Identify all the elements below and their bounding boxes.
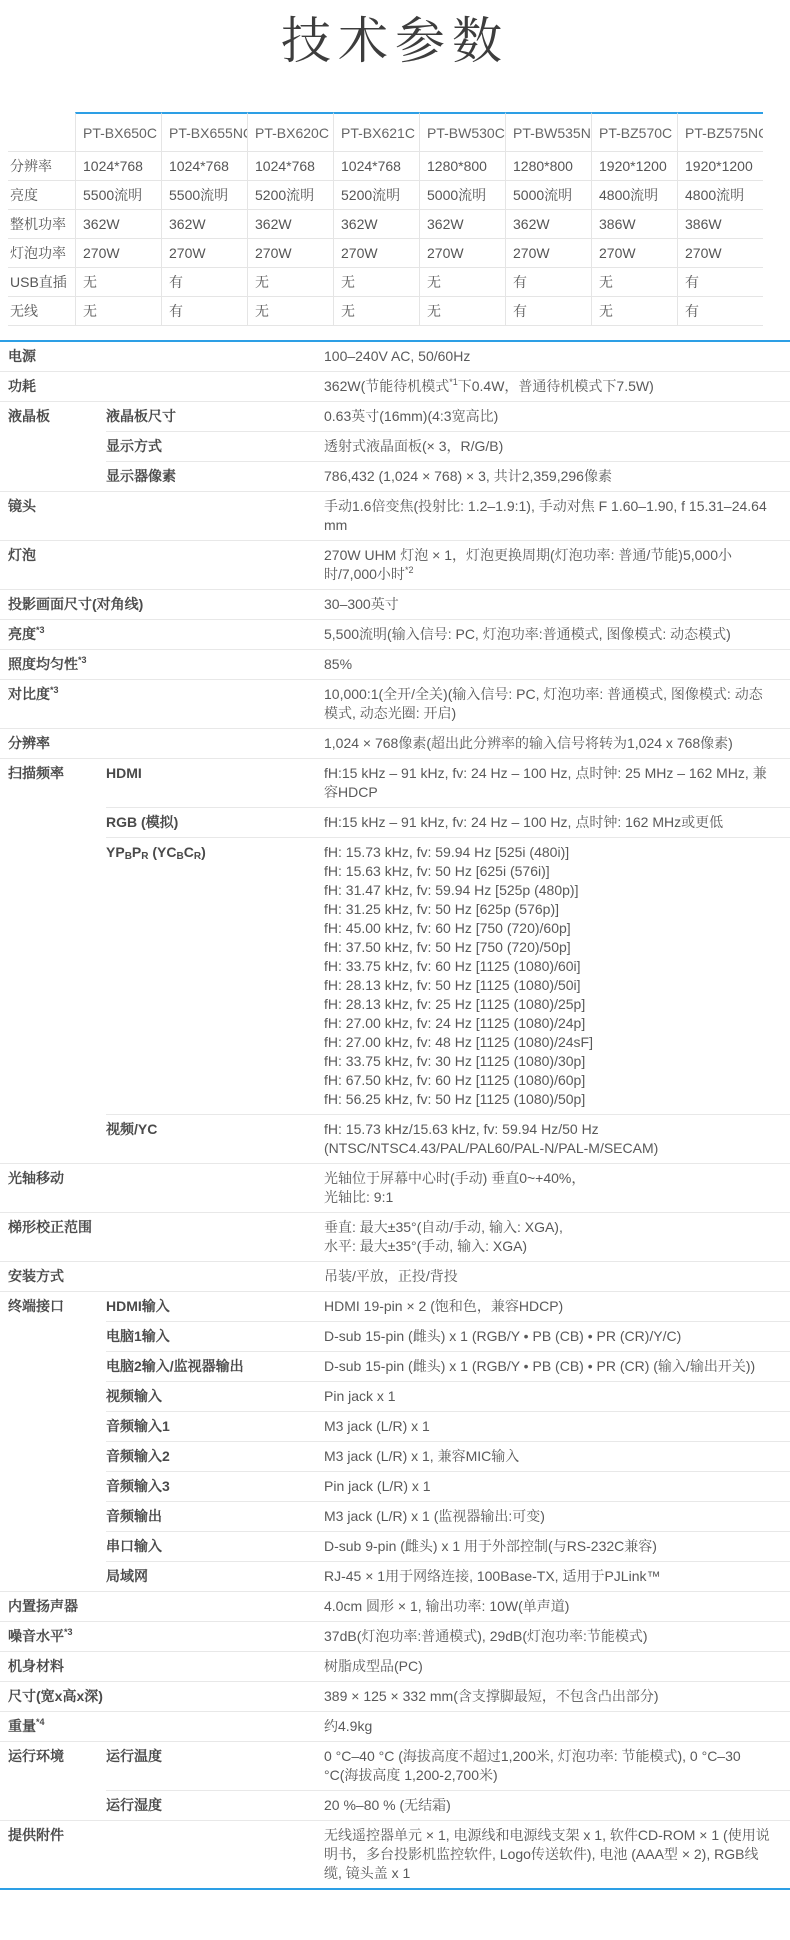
spec-group-rows: HDMI输入HDMI 19-pin × 2 (饱和色，兼容HDCP)电脑1输入D… (106, 1292, 790, 1591)
spec-value-line: 水平: 最大±35°(手动, 输入: XGA) (324, 1237, 772, 1256)
spec-value-text: M3 jack (L/R) x 1 (324, 1418, 430, 1434)
spec-sub-label-part: C (184, 844, 194, 860)
spec-value-line: fH: 27.00 kHz, fv: 48 Hz [1125 (1080)/24… (324, 1033, 772, 1052)
spec-group-label: 分辨率 (0, 729, 106, 758)
spec-value-text: 无线遥控器单元 × 1, 电源线和电源线支架 x 1, 软件CD-ROM × 1… (324, 1827, 770, 1881)
spec-value: 786,432 (1,024 × 768) × 3, 共计2,359,296像素 (324, 462, 790, 491)
spec-value-text: 10,000:1(全开/全关)(输入信号: PC, 灯泡功率: 普通模式, 图像… (324, 686, 763, 721)
spec-value-text: HDMI 19-pin × 2 (饱和色，兼容HDCP) (324, 1298, 563, 1314)
spec-group-label-text: 内置扬声器 (8, 1598, 78, 1614)
spec-value-line: fH: 28.13 kHz, fv: 25 Hz [1125 (1080)/25… (324, 995, 772, 1014)
spec-group-label: 终端接口 (0, 1292, 106, 1591)
spec-value-part: 362W(节能待机模式 (324, 378, 449, 394)
detail-spec-table: 电源100–240V AC, 50/60Hz功耗362W(节能待机模式*1下0.… (0, 340, 790, 1890)
spec-value: 20 %–80 % (无结霜) (324, 1791, 790, 1820)
comparison-cell: 有 (677, 297, 763, 325)
spec-sub-label-text: 运行湿度 (106, 1797, 162, 1813)
comparison-cell: 270W (677, 239, 763, 267)
spec-group-label: 电源 (0, 342, 106, 371)
spec-group-row: 内置扬声器4.0cm 圆形 × 1, 输出功率: 10W(单声道) (0, 1591, 790, 1621)
spec-sub-label (106, 1682, 324, 1692)
spec-group-label-text: 提供附件 (8, 1827, 64, 1843)
spec-sub-label: 串口输入 (106, 1532, 324, 1561)
spec-group-row: 照度均匀性*385% (0, 649, 790, 679)
spec-value: D-sub 15-pin (雌头) x 1 (RGB/Y • PB (CB) •… (324, 1352, 790, 1381)
spec-group-row: 扫描频率HDMIfH:15 kHz – 91 kHz, fv: 24 Hz – … (0, 758, 790, 1163)
spec-group-label-text: 安装方式 (8, 1268, 64, 1284)
spec-group-row: 尺寸(宽x高x深)389 × 125 × 332 mm(含支撑脚最短，不包含凸出… (0, 1681, 790, 1711)
spec-row: 音频输入2M3 jack (L/R) x 1, 兼容MIC输入 (106, 1441, 790, 1471)
spec-row: 无线遥控器单元 × 1, 电源线和电源线支架 x 1, 软件CD-ROM × 1… (106, 1821, 790, 1888)
spec-sub-label-part: (YC (149, 844, 177, 860)
spec-sub-label-text: 运行温度 (106, 1748, 162, 1764)
model-comparison-table: PT-BX650CPT-BX655NCPT-BX620CPT-BX621CPT-… (8, 112, 763, 326)
spec-value: 37dB(灯泡功率:普通模式), 29dB(灯泡功率:节能模式) (324, 1622, 790, 1651)
comparison-cell: 4800流明 (591, 181, 677, 209)
spec-sub-label-part: R (141, 851, 148, 862)
spec-group-row: 终端接口HDMI输入HDMI 19-pin × 2 (饱和色，兼容HDCP)电脑… (0, 1291, 790, 1591)
spec-value-line: fH: 27.00 kHz, fv: 24 Hz [1125 (1080)/24… (324, 1014, 772, 1033)
spec-group-label-text: 噪音水平 (8, 1628, 64, 1644)
spec-row: 5,500流明(输入信号: PC, 灯泡功率:普通模式, 图像模式: 动态模式) (106, 620, 790, 649)
spec-group-label: 投影画面尺寸(对角线) (0, 590, 106, 619)
spec-row: 光轴位于屏幕中心时(手动) 垂直0~+40%，光轴比: 9:1 (106, 1164, 790, 1212)
spec-sub-label-text: 显示器像素 (106, 468, 176, 484)
spec-value-text: M3 jack (L/R) x 1, 兼容MIC输入 (324, 1448, 519, 1464)
spec-row: HDMI输入HDMI 19-pin × 2 (饱和色，兼容HDCP) (106, 1292, 790, 1321)
spec-sub-label (106, 1262, 324, 1272)
spec-sub-label (106, 1712, 324, 1722)
spec-row: 吊装/平放，正投/背投 (106, 1262, 790, 1291)
spec-value-line: fH: 31.47 kHz, fv: 59.94 Hz [525p (480p)… (324, 881, 772, 900)
spec-value-text: Pin jack (L/R) x 1 (324, 1478, 431, 1494)
spec-group-label-footnote: *3 (50, 685, 59, 695)
comparison-cell: 1024*768 (75, 152, 161, 180)
comparison-cell: 270W (75, 239, 161, 267)
comparison-row-label: 整机功率 (8, 210, 75, 238)
spec-sub-label: 视频/YC (106, 1115, 324, 1144)
spec-group-label-text: 分辨率 (8, 735, 50, 751)
spec-row: 显示方式透射式液晶面板(× 3，R/G/B) (106, 431, 790, 461)
spec-sub-label (106, 492, 324, 502)
spec-value: 5,500流明(输入信号: PC, 灯泡功率:普通模式, 图像模式: 动态模式) (324, 620, 790, 649)
spec-value: 垂直: 最大±35°(自动/手动, 输入: XGA),水平: 最大±35°(手动… (324, 1213, 790, 1261)
spec-group-rows: 树脂成型品(PC) (106, 1652, 790, 1681)
spec-value: 无线遥控器单元 × 1, 电源线和电源线支架 x 1, 软件CD-ROM × 1… (324, 1821, 790, 1888)
comparison-cell: 270W (161, 239, 247, 267)
spec-sub-label-text: 音频输入1 (106, 1418, 170, 1434)
spec-sub-label-text: 串口输入 (106, 1538, 162, 1554)
comparison-cell: 270W (333, 239, 419, 267)
spec-value-text: fH:15 kHz – 91 kHz, fv: 24 Hz – 100 Hz, … (324, 814, 723, 830)
spec-value-text: 手动1.6倍变焦(投射比: 1.2–1.9:1), 手动对焦 F 1.60–1.… (324, 498, 767, 533)
comparison-header-row: PT-BX650CPT-BX655NCPT-BX620CPT-BX621CPT-… (8, 112, 763, 151)
comparison-cell: 386W (677, 210, 763, 238)
comparison-cell: 无 (591, 297, 677, 325)
spec-value-text: D-sub 9-pin (雌头) x 1 用于外部控制(与RS-232C兼容) (324, 1538, 657, 1554)
spec-group-row: 噪音水平*337dB(灯泡功率:普通模式), 29dB(灯泡功率:节能模式) (0, 1621, 790, 1651)
spec-row: 4.0cm 圆形 × 1, 输出功率: 10W(单声道) (106, 1592, 790, 1621)
spec-sub-label-text: 视频输入 (106, 1388, 162, 1404)
spec-value-line: 垂直: 最大±35°(自动/手动, 输入: XGA), (324, 1218, 772, 1237)
comparison-cell: 无 (419, 268, 505, 296)
spec-group-rows: 270W UHM 灯泡 × 1，灯泡更换周期(灯泡功率: 普通/节能)5,000… (106, 541, 790, 589)
spec-value: 4.0cm 圆形 × 1, 输出功率: 10W(单声道) (324, 1592, 790, 1621)
spec-sub-label-text: 液晶板尺寸 (106, 408, 176, 424)
comparison-cell: 362W (333, 210, 419, 238)
spec-row: 垂直: 最大±35°(自动/手动, 输入: XGA),水平: 最大±35°(手动… (106, 1213, 790, 1261)
spec-sub-label: 音频输出 (106, 1502, 324, 1531)
spec-value: fH: 15.73 kHz/15.63 kHz, fv: 59.94 Hz/50… (324, 1115, 790, 1163)
comparison-cell: 有 (505, 268, 591, 296)
spec-group-label: 噪音水平*3 (0, 1622, 106, 1651)
spec-value: 85% (324, 650, 790, 679)
spec-group-row: 运行环境运行温度0 °C–40 °C (海拔高度不超过1,200米, 灯泡功率:… (0, 1741, 790, 1820)
spec-group-label: 重量*4 (0, 1712, 106, 1741)
comparison-cell: 5500流明 (75, 181, 161, 209)
spec-group-label-text: 重量 (8, 1718, 36, 1734)
spec-value-text: 吊装/平放，正投/背投 (324, 1268, 458, 1284)
comparison-cell: 无 (591, 268, 677, 296)
comparison-cell: 无 (247, 297, 333, 325)
spec-sub-label-text: 电脑1输入 (106, 1328, 170, 1344)
spec-sub-label-text: HDMI (106, 765, 142, 781)
comparison-row: 亮度5500流明5500流明5200流明5200流明5000流明5000流明48… (8, 180, 763, 209)
spec-value: 手动1.6倍变焦(投射比: 1.2–1.9:1), 手动对焦 F 1.60–1.… (324, 492, 790, 540)
spec-sub-label-text: 显示方式 (106, 438, 162, 454)
spec-value: 10,000:1(全开/全关)(输入信号: PC, 灯泡功率: 普通模式, 图像… (324, 680, 790, 728)
spec-value-text: 20 %–80 % (无结霜) (324, 1797, 451, 1813)
spec-value: 362W(节能待机模式*1下0.4W，普通待机模式下7.5W) (324, 372, 790, 401)
spec-sub-label: 音频输入2 (106, 1442, 324, 1471)
spec-value: M3 jack (L/R) x 1 (324, 1412, 790, 1441)
spec-row: 1,024 × 768像素(超出此分辨率的输入信号将转为1,024 x 768像… (106, 729, 790, 758)
model-header: PT-BX620C (247, 112, 333, 151)
spec-group-label: 安装方式 (0, 1262, 106, 1291)
spec-row: 362W(节能待机模式*1下0.4W，普通待机模式下7.5W) (106, 372, 790, 401)
spec-sub-label: 液晶板尺寸 (106, 402, 324, 431)
spec-value: fH:15 kHz – 91 kHz, fv: 24 Hz – 100 Hz, … (324, 808, 790, 837)
spec-row: 显示器像素786,432 (1,024 × 768) × 3, 共计2,359,… (106, 461, 790, 491)
model-header: PT-BW535NC (505, 112, 591, 151)
spec-sub-label-part: R (194, 851, 201, 862)
spec-group-row: 分辨率1,024 × 768像素(超出此分辨率的输入信号将转为1,024 x 7… (0, 728, 790, 758)
spec-group-row: 光轴移动光轴位于屏幕中心时(手动) 垂直0~+40%，光轴比: 9:1 (0, 1163, 790, 1212)
spec-value: fH:15 kHz – 91 kHz, fv: 24 Hz – 100 Hz, … (324, 759, 790, 807)
spec-group-row: 灯泡270W UHM 灯泡 × 1，灯泡更换周期(灯泡功率: 普通/节能)5,0… (0, 540, 790, 589)
spec-value: 30–300英寸 (324, 590, 790, 619)
spec-group-label: 扫描频率 (0, 759, 106, 1163)
comparison-cell: 5200流明 (333, 181, 419, 209)
spec-group-label-text: 灯泡 (8, 547, 36, 563)
comparison-row-label: 灯泡功率 (8, 239, 75, 267)
spec-group-label-text: 扫描频率 (8, 765, 64, 781)
spec-group-row: 亮度*35,500流明(输入信号: PC, 灯泡功率:普通模式, 图像模式: 动… (0, 619, 790, 649)
spec-group-label-text: 功耗 (8, 378, 36, 394)
spec-sub-label-text: RGB (模拟) (106, 814, 178, 830)
spec-group-rows: 无线遥控器单元 × 1, 电源线和电源线支架 x 1, 软件CD-ROM × 1… (106, 1821, 790, 1888)
spec-value: 389 × 125 × 332 mm(含支撑脚最短，不包含凸出部分) (324, 1682, 790, 1711)
spec-row: YPBPR (YCBCR)fH: 15.73 kHz, fv: 59.94 Hz… (106, 837, 790, 1114)
spec-row: 运行温度0 °C–40 °C (海拔高度不超过1,200米, 灯泡功率: 节能模… (106, 1742, 790, 1790)
spec-value-text: 5,500流明(输入信号: PC, 灯泡功率:普通模式, 图像模式: 动态模式) (324, 626, 731, 642)
spec-value-text: 透射式液晶面板(× 3，R/G/B) (324, 438, 503, 454)
spec-sub-label: HDMI输入 (106, 1292, 324, 1321)
spec-group-label-text: 镜头 (8, 498, 36, 514)
spec-group-label-text: 照度均匀性 (8, 656, 78, 672)
spec-row: 音频输出M3 jack (L/R) x 1 (监视器输出:可变) (106, 1501, 790, 1531)
spec-row: 10,000:1(全开/全关)(输入信号: PC, 灯泡功率: 普通模式, 图像… (106, 680, 790, 728)
spec-value: fH: 15.73 kHz, fv: 59.94 Hz [525i (480i)… (324, 838, 790, 1114)
spec-row: 30–300英寸 (106, 590, 790, 619)
model-header: PT-BX650C (75, 112, 161, 151)
spec-row: RGB (模拟)fH:15 kHz – 91 kHz, fv: 24 Hz – … (106, 807, 790, 837)
comparison-row-label: 分辨率 (8, 152, 75, 180)
spec-value-text: 0.63英寸(16mm)(4:3宽高比) (324, 408, 498, 424)
spec-row: 手动1.6倍变焦(投射比: 1.2–1.9:1), 手动对焦 F 1.60–1.… (106, 492, 790, 540)
spec-row: 100–240V AC, 50/60Hz (106, 342, 790, 371)
spec-group-rows: 运行温度0 °C–40 °C (海拔高度不超过1,200米, 灯泡功率: 节能模… (106, 1742, 790, 1820)
spec-value: Pin jack (L/R) x 1 (324, 1472, 790, 1501)
spec-group-row: 机身材料树脂成型品(PC) (0, 1651, 790, 1681)
comparison-cell: 有 (161, 297, 247, 325)
spec-value: M3 jack (L/R) x 1, 兼容MIC输入 (324, 1442, 790, 1471)
spec-value-text: Pin jack x 1 (324, 1388, 396, 1404)
spec-group-label-text: 对比度 (8, 686, 50, 702)
spec-value-text: D-sub 15-pin (雌头) x 1 (RGB/Y • PB (CB) •… (324, 1328, 681, 1344)
spec-value-text: 100–240V AC, 50/60Hz (324, 348, 470, 364)
spec-value-line: fH: 33.75 kHz, fv: 60 Hz [1125 (1080)/60… (324, 957, 772, 976)
spec-value-text: D-sub 15-pin (雌头) x 1 (RGB/Y • PB (CB) •… (324, 1358, 755, 1374)
spec-value: RJ-45 × 1用于网络连接, 100Base-TX, 适用于PJLink™ (324, 1562, 790, 1591)
spec-sub-label: HDMI (106, 759, 324, 788)
spec-value-text: 约4.9kg (324, 1718, 372, 1734)
spec-sub-label: YPBPR (YCBCR) (106, 838, 324, 867)
spec-sub-label-text: 电脑2输入/监视器输出 (106, 1358, 244, 1374)
spec-group-row: 提供附件无线遥控器单元 × 1, 电源线和电源线支架 x 1, 软件CD-ROM… (0, 1820, 790, 1888)
comparison-row-label: 亮度 (8, 181, 75, 209)
spec-group-rows: 液晶板尺寸0.63英寸(16mm)(4:3宽高比)显示方式透射式液晶面板(× 3… (106, 402, 790, 491)
comparison-cell: 无 (75, 268, 161, 296)
comparison-cell: 无 (75, 297, 161, 325)
spec-sub-label (106, 541, 324, 551)
spec-row: 树脂成型品(PC) (106, 1652, 790, 1681)
spec-value-text: 树脂成型品(PC) (324, 1658, 423, 1674)
spec-group-label-text: 尺寸(宽x高x深) (8, 1688, 103, 1704)
spec-value: 0.63英寸(16mm)(4:3宽高比) (324, 402, 790, 431)
spec-sub-label: RGB (模拟) (106, 808, 324, 837)
spec-value-line: 光轴位于屏幕中心时(手动) 垂直0~+40%， (324, 1169, 772, 1188)
spec-sub-label: 局域网 (106, 1562, 324, 1591)
comparison-cell: 5000流明 (505, 181, 591, 209)
spec-group-rows: HDMIfH:15 kHz – 91 kHz, fv: 24 Hz – 100 … (106, 759, 790, 1163)
comparison-cell: 270W (419, 239, 505, 267)
spec-value: 1,024 × 768像素(超出此分辨率的输入信号将转为1,024 x 768像… (324, 729, 790, 758)
spec-sub-label: 显示器像素 (106, 462, 324, 491)
spec-group-label-text: 亮度 (8, 626, 36, 642)
comparison-cell: 1920*1200 (591, 152, 677, 180)
comparison-cell: 362W (419, 210, 505, 238)
spec-group-label-footnote: *3 (64, 1627, 73, 1637)
comparison-cell: 5200流明 (247, 181, 333, 209)
comparison-row: USB直插无有无无无有无有 (8, 267, 763, 296)
spec-value-part: *2 (405, 565, 414, 575)
spec-group-label: 照度均匀性*3 (0, 650, 106, 679)
comparison-cell: 有 (505, 297, 591, 325)
model-header: PT-BZ570C (591, 112, 677, 151)
spec-group-row: 电源100–240V AC, 50/60Hz (0, 342, 790, 371)
spec-group-label: 光轴移动 (0, 1164, 106, 1212)
spec-group-rows: 4.0cm 圆形 × 1, 输出功率: 10W(单声道) (106, 1592, 790, 1621)
spec-value: 光轴位于屏幕中心时(手动) 垂直0~+40%，光轴比: 9:1 (324, 1164, 790, 1212)
spec-value: D-sub 9-pin (雌头) x 1 用于外部控制(与RS-232C兼容) (324, 1532, 790, 1561)
spec-group-rows: 100–240V AC, 50/60Hz (106, 342, 790, 371)
spec-group-label: 梯形校正范围 (0, 1213, 106, 1261)
spec-value-part: *1 (449, 377, 458, 387)
spec-value-line: (NTSC/NTSC4.43/PAL/PAL60/PAL-N/PAL-M/SEC… (324, 1139, 772, 1158)
spec-row: 局域网RJ-45 × 1用于网络连接, 100Base-TX, 适用于PJLin… (106, 1561, 790, 1591)
spec-value-text: 4.0cm 圆形 × 1, 输出功率: 10W(单声道) (324, 1598, 569, 1614)
comparison-row: 分辨率1024*7681024*7681024*7681024*7681280*… (8, 151, 763, 180)
spec-group-label: 提供附件 (0, 1821, 106, 1888)
spec-group-label: 灯泡 (0, 541, 106, 589)
spec-group-row: 投影画面尺寸(对角线)30–300英寸 (0, 589, 790, 619)
spec-value: 100–240V AC, 50/60Hz (324, 342, 790, 371)
spec-value-line: fH: 33.75 kHz, fv: 30 Hz [1125 (1080)/30… (324, 1052, 772, 1071)
spec-group-label: 内置扬声器 (0, 1592, 106, 1621)
spec-group-row: 重量*4约4.9kg (0, 1711, 790, 1741)
spec-row: 串口输入D-sub 9-pin (雌头) x 1 用于外部控制(与RS-232C… (106, 1531, 790, 1561)
comparison-row: 整机功率362W362W362W362W362W362W386W386W (8, 209, 763, 238)
spec-sub-label (106, 342, 324, 352)
spec-value: 270W UHM 灯泡 × 1，灯泡更换周期(灯泡功率: 普通/节能)5,000… (324, 541, 790, 589)
spec-sub-label-text: 音频输入3 (106, 1478, 170, 1494)
spec-sub-label: 运行温度 (106, 1742, 324, 1771)
comparison-cell: 无 (333, 268, 419, 296)
spec-group-label: 镜头 (0, 492, 106, 540)
spec-sub-label (106, 1213, 324, 1223)
spec-group-row: 功耗362W(节能待机模式*1下0.4W，普通待机模式下7.5W) (0, 371, 790, 401)
spec-group-label-text: 光轴移动 (8, 1170, 64, 1186)
spec-group-rows: 垂直: 最大±35°(自动/手动, 输入: XGA),水平: 最大±35°(手动… (106, 1213, 790, 1261)
comparison-cell: 1024*768 (333, 152, 419, 180)
spec-sub-label-text: 局域网 (106, 1568, 148, 1584)
model-header: PT-BW530C (419, 112, 505, 151)
spec-sub-label-part: P (132, 844, 141, 860)
comparison-cell: 362W (247, 210, 333, 238)
spec-sub-label-text: 音频输入2 (106, 1448, 170, 1464)
spec-row: 约4.9kg (106, 1712, 790, 1741)
spec-value-text: 1,024 × 768像素(超出此分辨率的输入信号将转为1,024 x 768像… (324, 735, 733, 751)
comparison-cell: 无 (419, 297, 505, 325)
comparison-cell: 有 (161, 268, 247, 296)
spec-value-line: fH: 15.73 kHz, fv: 59.94 Hz [525i (480i)… (324, 843, 772, 862)
spec-group-row: 安装方式吊装/平放，正投/背投 (0, 1261, 790, 1291)
spec-sub-label: 显示方式 (106, 432, 324, 461)
spec-group-rows: 30–300英寸 (106, 590, 790, 619)
spec-sub-label: 电脑2输入/监视器输出 (106, 1352, 324, 1381)
spec-sub-label (106, 1622, 324, 1632)
spec-value-text: RJ-45 × 1用于网络连接, 100Base-TX, 适用于PJLink™ (324, 1568, 661, 1584)
spec-value: M3 jack (L/R) x 1 (监视器输出:可变) (324, 1502, 790, 1531)
spec-group-label-text: 终端接口 (8, 1298, 64, 1314)
spec-row: HDMIfH:15 kHz – 91 kHz, fv: 24 Hz – 100 … (106, 759, 790, 807)
spec-value-line: fH: 15.63 kHz, fv: 50 Hz [625i (576i)] (324, 862, 772, 881)
comparison-cell: 362W (161, 210, 247, 238)
spec-sub-label-part: YP (106, 844, 125, 860)
spec-value: Pin jack x 1 (324, 1382, 790, 1411)
spec-value-line: fH: 67.50 kHz, fv: 60 Hz [1125 (1080)/60… (324, 1071, 772, 1090)
spec-value-part: 下0.4W，普通待机模式下7.5W) (458, 378, 654, 394)
spec-value-line: fH: 45.00 kHz, fv: 60 Hz [750 (720)/60p] (324, 919, 772, 938)
spec-group-label: 尺寸(宽x高x深) (0, 1682, 106, 1711)
comparison-cell: 1280*800 (505, 152, 591, 180)
spec-sub-label-text: 音频输出 (106, 1508, 162, 1524)
comparison-cell: 362W (75, 210, 161, 238)
spec-value-text: 30–300英寸 (324, 596, 399, 612)
spec-sub-label (106, 620, 324, 630)
spec-value-line: 光轴比: 9:1 (324, 1188, 772, 1207)
comparison-cell: 1024*768 (161, 152, 247, 180)
spec-row: 85% (106, 650, 790, 679)
spec-group-rows: 37dB(灯泡功率:普通模式), 29dB(灯泡功率:节能模式) (106, 1622, 790, 1651)
spec-row: 视频/YCfH: 15.73 kHz/15.63 kHz, fv: 59.94 … (106, 1114, 790, 1163)
bottom-spacer (0, 1890, 790, 1940)
spec-group-label: 亮度*3 (0, 620, 106, 649)
spec-group-label-footnote: *3 (78, 655, 87, 665)
comparison-cell: 有 (677, 268, 763, 296)
spec-sub-label (106, 1592, 324, 1602)
spec-row: 视频输入Pin jack x 1 (106, 1381, 790, 1411)
comparison-cell: 1280*800 (419, 152, 505, 180)
comparison-cell: 362W (505, 210, 591, 238)
spec-group-label-footnote: *4 (36, 1717, 45, 1727)
spec-sub-label: 运行湿度 (106, 1791, 324, 1820)
comparison-row-label: USB直插 (8, 268, 75, 296)
spec-row: 液晶板尺寸0.63英寸(16mm)(4:3宽高比) (106, 402, 790, 431)
spec-sub-label-text: HDMI输入 (106, 1298, 170, 1314)
comparison-cell: 5000流明 (419, 181, 505, 209)
spec-value: 约4.9kg (324, 1712, 790, 1741)
spec-row: 运行湿度20 %–80 % (无结霜) (106, 1790, 790, 1820)
spec-value-line: fH: 31.25 kHz, fv: 50 Hz [625p (576p)] (324, 900, 772, 919)
spec-group-label-text: 电源 (8, 348, 36, 364)
spec-value-line: fH: 37.50 kHz, fv: 50 Hz [750 (720)/50p] (324, 938, 772, 957)
comparison-cell: 270W (591, 239, 677, 267)
spec-value-text: 389 × 125 × 332 mm(含支撑脚最短，不包含凸出部分) (324, 1688, 659, 1704)
spec-sub-label-part: ) (201, 844, 206, 860)
comparison-cell: 1024*768 (247, 152, 333, 180)
model-header: PT-BX621C (333, 112, 419, 151)
spec-sub-label (106, 1164, 324, 1174)
spec-sub-label: 视频输入 (106, 1382, 324, 1411)
spec-value: 0 °C–40 °C (海拔高度不超过1,200米, 灯泡功率: 节能模式), … (324, 1742, 790, 1790)
comparison-cell: 4800流明 (677, 181, 763, 209)
spec-sub-label (106, 1821, 324, 1831)
spec-sub-label (106, 680, 324, 690)
spec-value-text: 37dB(灯泡功率:普通模式), 29dB(灯泡功率:节能模式) (324, 1628, 648, 1644)
spec-sub-label (106, 729, 324, 739)
spec-value-text: 85% (324, 656, 352, 672)
spec-value: HDMI 19-pin × 2 (饱和色，兼容HDCP) (324, 1292, 790, 1321)
spec-group-rows: 光轴位于屏幕中心时(手动) 垂直0~+40%，光轴比: 9:1 (106, 1164, 790, 1212)
comparison-row: 灯泡功率270W270W270W270W270W270W270W270W (8, 238, 763, 267)
spec-sub-label: 电脑1输入 (106, 1322, 324, 1351)
page-title: 技术参数 (0, 10, 790, 72)
spec-row: 270W UHM 灯泡 × 1，灯泡更换周期(灯泡功率: 普通/节能)5,000… (106, 541, 790, 589)
spec-value-line: fH: 56.25 kHz, fv: 50 Hz [1125 (1080)/50… (324, 1090, 772, 1109)
spec-group-label-text: 液晶板 (8, 408, 50, 424)
